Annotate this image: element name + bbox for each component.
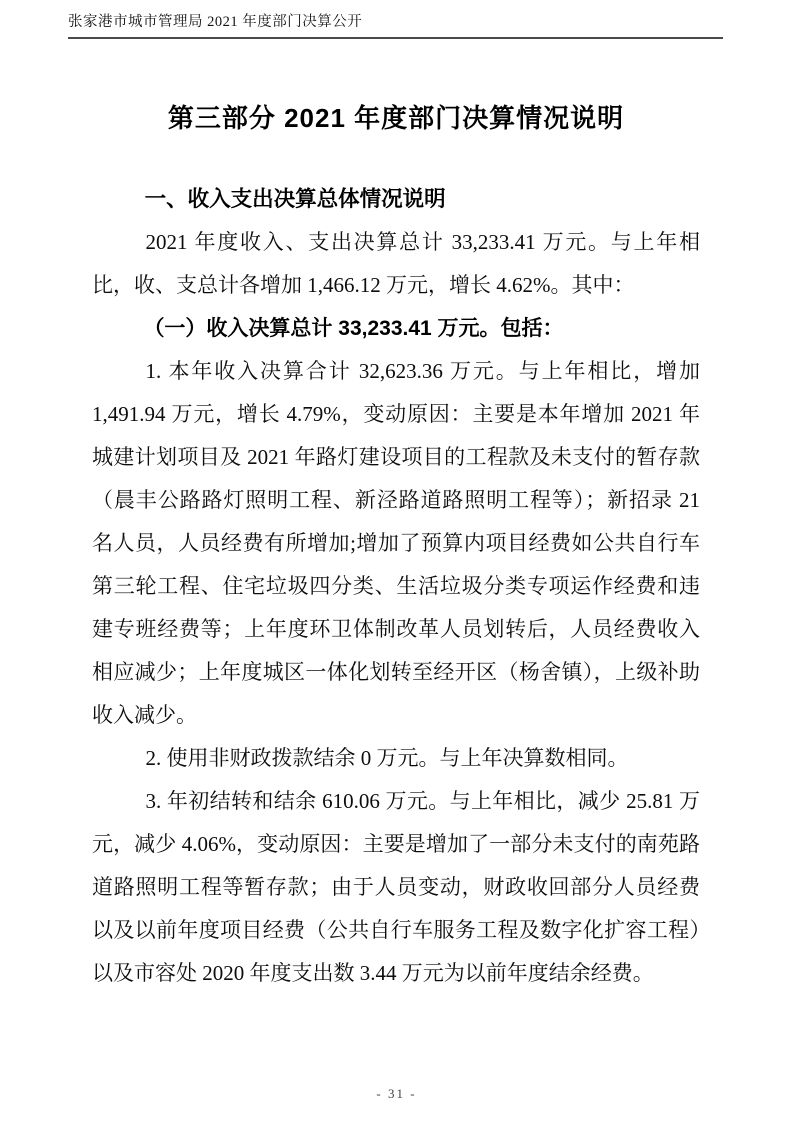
page-header: 张家港市城市管理局 2021 年度部门决算公开	[68, 12, 723, 39]
header-divider	[68, 37, 723, 39]
paragraph-total-summary: 2021 年度收入、支出决算总计 33,233.41 万元。与上年相比，收、支总…	[92, 221, 700, 307]
paragraph-non-fiscal-balance: 2. 使用非财政拨款结余 0 万元。与上年决算数相同。	[92, 737, 700, 780]
paragraph-carryover-balance: 3. 年初结转和结余 610.06 万元。与上年相比，减少 25.81 万元，减…	[92, 780, 700, 995]
section-heading-income-expenditure-overview: 一、收入支出决算总体情况说明	[92, 178, 700, 221]
document-title: 第三部分 2021 年度部门决算情况说明	[92, 100, 700, 136]
page-number: - 31 -	[0, 1086, 793, 1102]
sub-heading-income-total: （一）收入决算总计 33,233.41 万元。包括：	[92, 307, 700, 350]
paragraph-current-year-income: 1. 本年收入决算合计 32,623.36 万元。与上年相比，增加 1,491.…	[92, 350, 700, 737]
document-body: 第三部分 2021 年度部门决算情况说明 一、收入支出决算总体情况说明 2021…	[92, 100, 700, 995]
document-page: 张家港市城市管理局 2021 年度部门决算公开 第三部分 2021 年度部门决算…	[0, 0, 793, 1122]
page-header-title: 张家港市城市管理局 2021 年度部门决算公开	[68, 12, 723, 32]
